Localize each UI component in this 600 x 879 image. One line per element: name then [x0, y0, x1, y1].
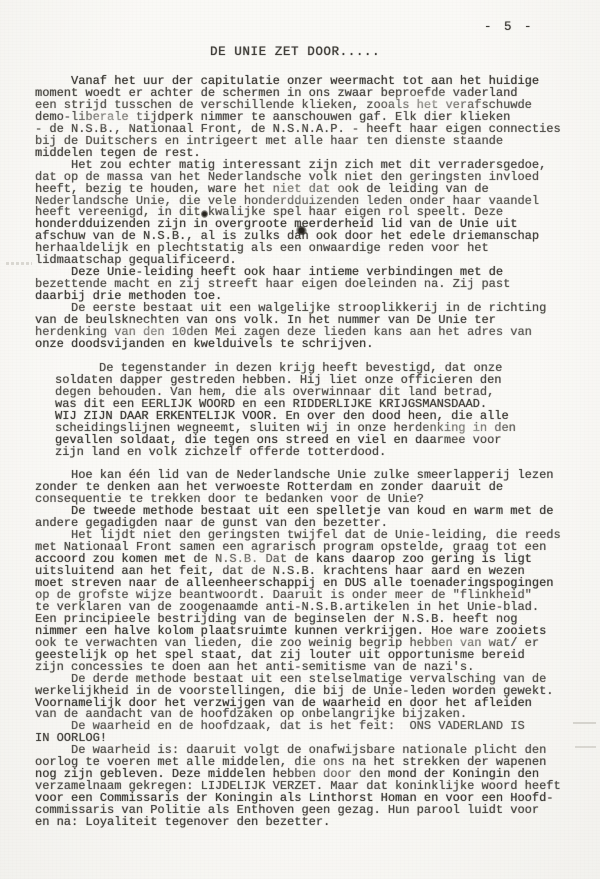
text-line: consequentie te trekken door te bedanken…: [35, 494, 583, 506]
text-line: was dit een EERLIJK WOORD en een RIDDERL…: [35, 399, 583, 411]
text-line: onze doodsvijanden en kwelduivels te sch…: [35, 339, 583, 351]
text-line: zijn land en volk zichzelf offerde totte…: [35, 447, 583, 459]
text-line: met Nationaal Front samen een agrarisch …: [35, 542, 583, 554]
text-line: scheidingslijnen wegneemt, sluiten wij i…: [35, 423, 583, 435]
text-line: werkelijkheid in de voorstellingen, die …: [35, 686, 583, 698]
text-line: en na: Loyaliteit tegenover den bezetter…: [35, 817, 583, 829]
document-body: Vanaf het uur der capitulatie onzer weer…: [35, 76, 583, 829]
text-line: heeft vereenigd, in dit kwalijke spel ha…: [35, 207, 583, 219]
text-line: bezettende macht en zij streeft haar eig…: [35, 279, 583, 291]
text-line: verzamelnaam gekregen: LIJDELIJK VERZET.…: [35, 781, 583, 793]
text-line: Een principieele bestrijding van de begi…: [35, 614, 583, 626]
page-number: - 5 -: [484, 20, 534, 34]
text-line: herdenking van den 10den Mei zagen deze …: [35, 327, 583, 339]
text-line: uitsluitend aan het feit, dat de N.S.B. …: [35, 566, 583, 578]
ink-blot: [201, 210, 208, 218]
text-line: De waarheid en de hoofdzaak, dat is het …: [35, 721, 583, 733]
document-page: - 5 - DE UNIE ZET DOOR..... Vanaf het uu…: [0, 0, 600, 879]
text-line: oorlog te voeren met alle middelen, die …: [35, 757, 583, 769]
page-title: DE UNIE ZET DOOR.....: [210, 45, 380, 59]
text-line: lidmaatschap gequalificeerd.: [35, 255, 583, 267]
margin-mark: [6, 262, 32, 265]
